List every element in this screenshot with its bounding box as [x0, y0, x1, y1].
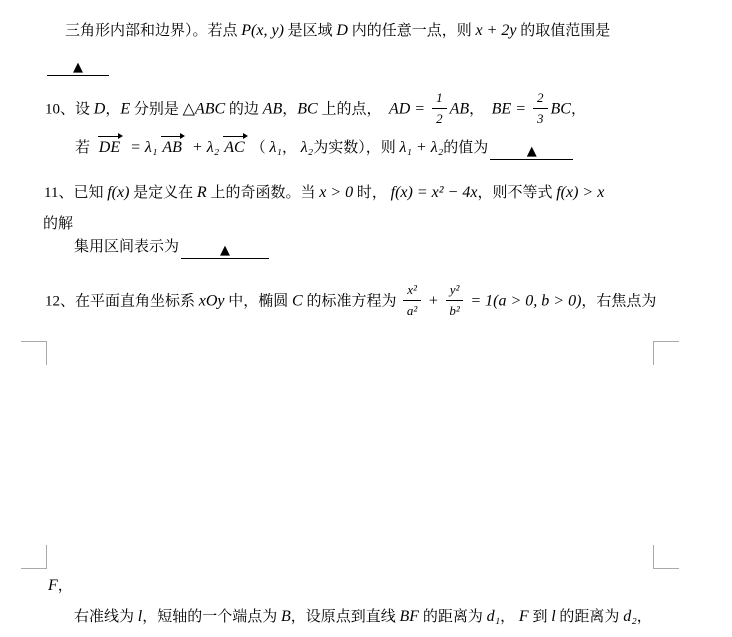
fraction-denominator: b² — [446, 301, 464, 319]
answer-blank: ▲ — [490, 143, 573, 160]
math-run: BF — [400, 608, 420, 625]
math-run: x + 2y — [476, 22, 517, 39]
math-run: C — [292, 293, 303, 310]
document-page: 三角形内部和边界）。若点 P(x, y) 是区域 D 内的任意一点，则 x + … — [0, 0, 732, 637]
math-run: B — [281, 608, 291, 625]
q10-line-1: 10、设 D，E 分别是 △ABC 的边 AB，BC 上的点， AD = 12A… — [45, 92, 586, 128]
text-run: 的距离为 — [419, 609, 487, 625]
math-run: AB — [263, 101, 283, 118]
q10-line-2: 若 DE = λ₁AB + λ₂AC（ λ₁， λ₂为实数），则 λ₁ + λ₂… — [75, 134, 575, 160]
math-run: AB — [450, 101, 470, 118]
math-run: BE = — [492, 101, 530, 118]
text-run: 的距离为 — [556, 609, 624, 625]
math-run: xOy — [199, 293, 225, 310]
math-run: D — [94, 101, 106, 118]
text-boundary-mark-page2-top-right — [653, 545, 679, 569]
q9-answer-blank-line: ▲ — [45, 56, 111, 76]
text-run: ， — [105, 102, 120, 118]
q11-line-2: 的解 — [43, 216, 73, 233]
math-run: R — [197, 184, 207, 201]
text-run: 三角形内部和边界）。若点 — [65, 23, 241, 39]
text-run: 11、已知 — [44, 185, 107, 201]
fraction-denominator: 2 — [432, 109, 447, 127]
text-run: 上的点， — [318, 102, 389, 118]
text-run: ，设原点到直线 — [291, 609, 400, 625]
math-run: f(x) = x² − 4x — [391, 184, 478, 201]
text-run: 集用区间表示为 — [74, 239, 179, 255]
text-run: ， — [500, 609, 519, 625]
text-run: ， — [469, 102, 492, 118]
text-run: ， — [58, 578, 73, 594]
math-run: + — [424, 293, 443, 310]
text-run: 10、设 — [45, 102, 94, 118]
text-run: ， — [282, 140, 301, 156]
text-run: 12、在平面直角坐标系 — [45, 294, 199, 310]
math-run: d₁ — [487, 608, 501, 625]
vector-term: AB — [161, 134, 184, 156]
math-run: λ₂ — [301, 139, 314, 156]
text-boundary-mark-page2-top-left — [21, 545, 47, 569]
math-run: AD = — [389, 101, 429, 118]
fraction: 23 — [533, 90, 548, 126]
math-run: = λ₁ — [126, 139, 157, 156]
text-run: 的值为 — [443, 140, 488, 156]
fraction: x²a² — [403, 282, 421, 318]
answer-triangle-icon: ▲ — [73, 59, 83, 76]
fraction-numerator: 1 — [432, 90, 447, 109]
text-run: 到 — [529, 609, 552, 625]
text-run: 时， — [353, 185, 391, 201]
q11-line-1: 11、已知 f(x) 是定义在 R 上的奇函数。当 x > 0 时， f(x) … — [44, 184, 604, 202]
text-run: 分别是 — [130, 102, 183, 118]
answer-triangle-icon: ▲ — [220, 242, 230, 259]
text-run: 内的任意一点，则 — [348, 23, 476, 39]
fraction: y²b² — [446, 282, 464, 318]
fraction-numerator: y² — [446, 282, 464, 301]
text-run: 的标准方程为 — [303, 294, 401, 310]
text-run: ， — [637, 609, 652, 625]
q9-continuation-line: 三角形内部和边界）。若点 P(x, y) 是区域 D 内的任意一点，则 x + … — [65, 22, 610, 40]
fraction-numerator: 2 — [533, 90, 548, 109]
text-boundary-mark-page1-bottom-left — [21, 341, 47, 365]
math-run: λ₁ — [269, 139, 282, 156]
math-run: x > 0 — [319, 184, 353, 201]
vector-term: DE — [98, 134, 122, 156]
math-run: F — [519, 608, 529, 625]
math-run: f(x) > x — [556, 184, 604, 201]
text-run: ， — [282, 102, 297, 118]
q12-line-2: 右准线为 l，短轴的一个端点为 B，设原点到直线 BF 的距离为 d₁， F 到… — [74, 608, 652, 626]
text-run: 上的奇函数。当 — [207, 185, 320, 201]
text-run: 的取值范围是 — [517, 23, 611, 39]
q12-focus-line: F， — [48, 577, 73, 595]
math-run: BC — [551, 101, 571, 118]
answer-blank: ▲ — [181, 242, 269, 259]
text-run: 中，椭圆 — [225, 294, 293, 310]
text-run: （ — [251, 140, 270, 156]
math-run: f(x) — [107, 184, 129, 201]
q12-line-1: 12、在平面直角坐标系 xOy 中，椭圆 C 的标准方程为 x²a² + y²b… — [45, 284, 656, 320]
text-run: 是定义在 — [129, 185, 197, 201]
text-run: 右准线为 — [74, 609, 138, 625]
text-boundary-mark-page1-bottom-right — [653, 341, 679, 365]
math-run: △ABC — [183, 101, 226, 118]
math-run: = 1(a > 0, b > 0) — [466, 293, 581, 310]
math-run: λ₁ + λ₂ — [399, 139, 443, 156]
math-run: BC — [297, 101, 317, 118]
math-run: E — [120, 101, 130, 118]
page-break-separator — [0, 446, 732, 467]
text-run: 的边 — [225, 102, 263, 118]
text-run: ，短轴的一个端点为 — [142, 609, 281, 625]
text-run: 若 — [75, 140, 94, 156]
answer-blank: ▲ — [47, 59, 109, 76]
math-run: P(x, y) — [241, 22, 284, 39]
text-run: ，右焦点为 — [581, 294, 656, 310]
text-run: ，则不等式 — [477, 185, 556, 201]
math-run: + λ₂ — [188, 139, 219, 156]
fraction-denominator: 3 — [533, 109, 548, 127]
math-run: F — [48, 577, 58, 594]
text-run: ， — [571, 102, 586, 118]
text-run: 是区域 — [284, 23, 337, 39]
vector-term: AC — [223, 134, 246, 156]
q11-answer-line: 集用区间表示为▲ — [74, 239, 271, 259]
answer-triangle-icon: ▲ — [527, 143, 537, 160]
math-run: d₂ — [623, 608, 637, 625]
text-run: 为实数），则 — [313, 140, 399, 156]
text-run: 的解 — [43, 216, 73, 232]
fraction-numerator: x² — [403, 282, 421, 301]
math-run: D — [336, 22, 348, 39]
fraction-denominator: a² — [403, 301, 421, 319]
fraction: 12 — [432, 90, 447, 126]
